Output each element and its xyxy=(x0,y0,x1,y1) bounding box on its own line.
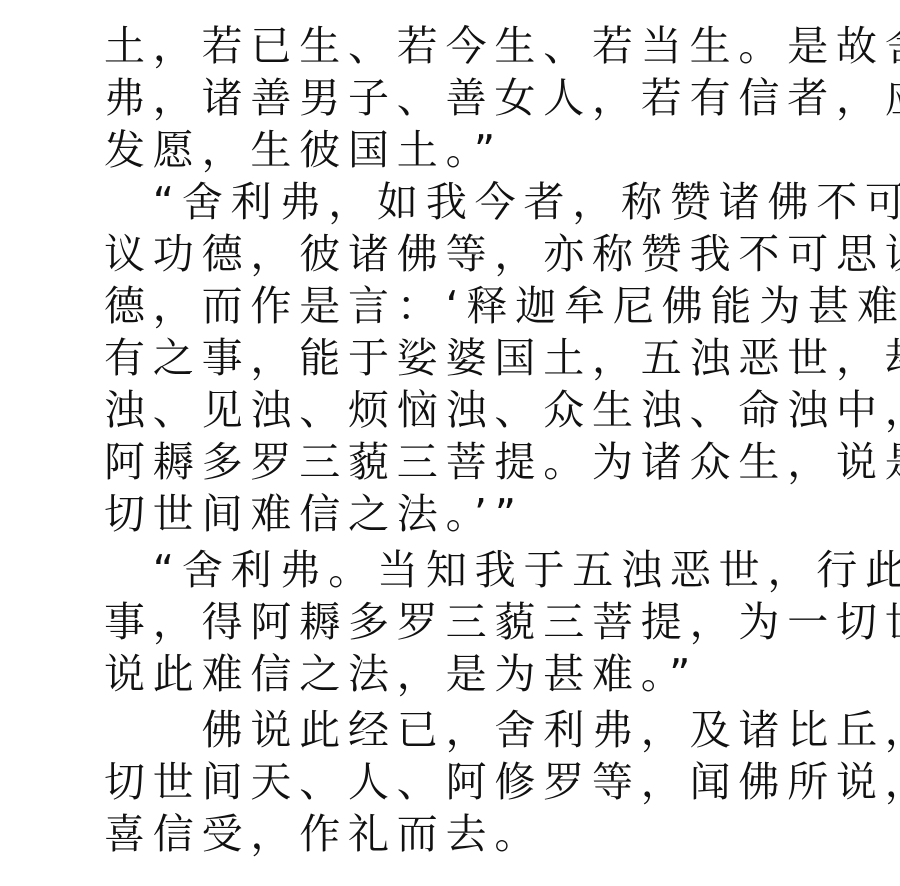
text-line-6: 德，而作是言：‘释迦牟尼佛能为甚难希 xyxy=(104,280,900,333)
text-line-3: 发愿，生彼国土。” xyxy=(104,124,503,177)
text-line-13: 说此难信之法，是为甚难。” xyxy=(104,648,698,701)
text-line-16: 喜信受，作礼而去。 xyxy=(104,808,543,861)
text-line-14: 佛说此经已，舍利弗，及诸比丘，一 xyxy=(104,704,900,757)
text-line-15: 切世间天、人、阿修罗等，闻佛所说，欢 xyxy=(104,756,900,809)
text-line-5: 议功德，彼诸佛等，亦称赞我不可思议功 xyxy=(104,228,900,281)
text-line-10: 切世间难信之法。’” xyxy=(104,488,524,541)
text-line-4: “舍利弗，如我今者，称赞诸佛不可思 xyxy=(104,176,900,229)
document-page: 土，若已生、若今生、若当生。是故舍利 弗，诸善男子、善女人，若有信者，应当 发愿… xyxy=(0,0,900,886)
text-line-9: 阿耨多罗三藐三菩提。为诸众生，说是一 xyxy=(104,436,900,489)
text-line-12: 事，得阿耨多罗三藐三菩提，为一切世间 xyxy=(104,596,900,649)
text-line-7: 有之事，能于娑婆国土，五浊恶世，劫 xyxy=(104,332,900,385)
text-line-2: 弗，诸善男子、善女人，若有信者，应当 xyxy=(104,72,900,125)
text-line-11: “舍利弗。当知我于五浊恶世，行此难 xyxy=(104,544,900,597)
text-line-1: 土，若已生、若今生、若当生。是故舍利 xyxy=(104,20,900,73)
text-line-8: 浊、见浊、烦恼浊、众生浊、命浊中，得 xyxy=(104,384,900,437)
